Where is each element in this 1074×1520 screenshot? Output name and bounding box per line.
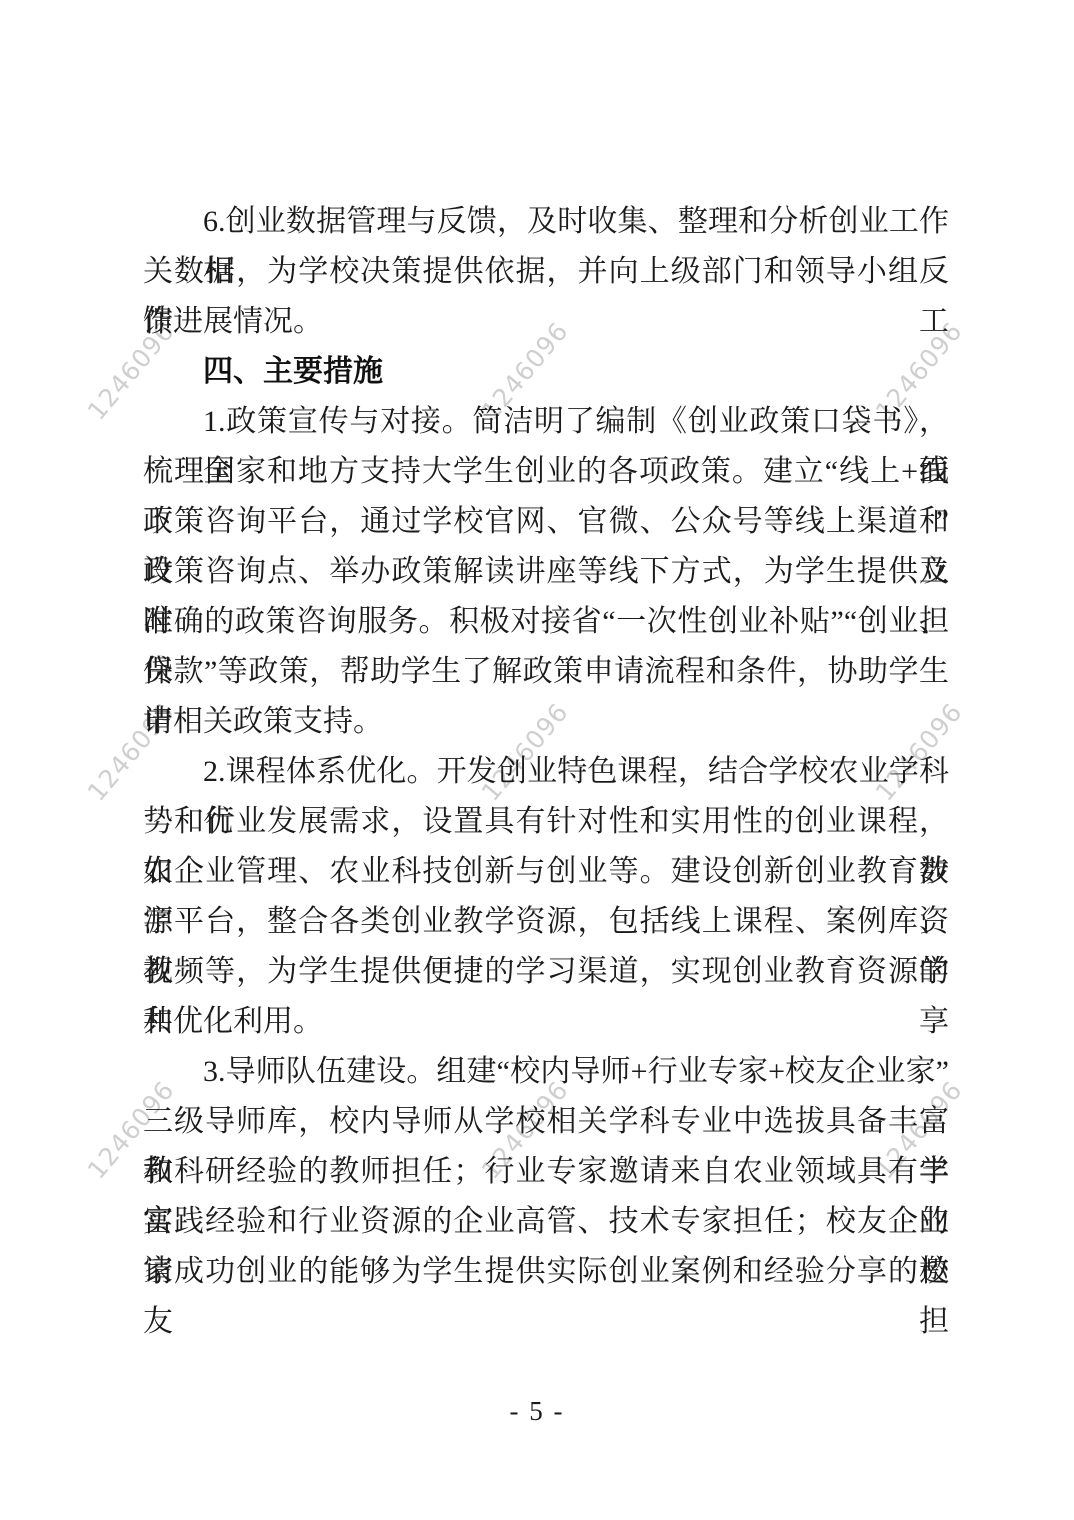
text-line: 势和行业发展需求，设置具有针对性和实用性的创业课程，如涉 (143, 797, 949, 847)
text-line: 农企业管理、农业科技创新与创业等。建设创新创业教育数字资 (143, 847, 949, 897)
text-line: 关数据，为学校决策提供依据，并向上级部门和领导小组反馈工 (143, 247, 949, 297)
text-line: 政策咨询点、举办政策解读讲座等线下方式，为学生提供及时、 (143, 547, 949, 597)
text-line: 6.创业数据管理与反馈，及时收集、整理和分析创业工作相 (143, 197, 949, 247)
text-line: 请相关政策支持。 (143, 697, 949, 747)
text-line: 源平台，整合各类创业教学资源，包括线上课程、案例库、教学 (143, 897, 949, 947)
text-line: 和科研经验的教师担任；行业专家邀请来自农业领域具有丰富的 (143, 1147, 949, 1197)
paragraph-item-6: 6.创业数据管理与反馈，及时收集、整理和分析创业工作相 关数据，为学校决策提供依… (143, 197, 949, 347)
text-line: 贷款”等政策，帮助学生了解政策申请流程和条件，协助学生申 (143, 647, 949, 697)
text-line: 实践经验和行业资源的企业高管、技术专家担任；校友企业家邀 (143, 1197, 949, 1247)
document-body: 6.创业数据管理与反馈，及时收集、整理和分析创业工作相 关数据，为学校决策提供依… (143, 197, 949, 1297)
section-heading: 四、主要措施 (143, 347, 949, 397)
document-page: 1246096 1246096 1246096 1246096 1246096 … (0, 0, 1074, 1520)
text-line: 1.政策宣传与对接。简洁明了编制《创业政策口袋书》，全面 (143, 397, 949, 447)
text-line: 政策咨询平台，通过学校官网、官微、公众号等线上渠道和设立 (143, 497, 949, 547)
paragraph-measure-3: 3.导师队伍建设。组建“校内导师+行业专家+校友企业家” 三级导师库，校内导师从… (143, 1047, 949, 1297)
text-line: 请成功创业的能够为学生提供实际创业案例和经验分享的校友担 (143, 1247, 949, 1297)
paragraph-measure-1: 1.政策宣传与对接。简洁明了编制《创业政策口袋书》，全面 梳理国家和地方支持大学… (143, 397, 949, 747)
text-line: 3.导师队伍建设。组建“校内导师+行业专家+校友企业家” (143, 1047, 949, 1097)
text-line: 准确的政策咨询服务。积极对接省“一次性创业补贴”“创业担保 (143, 597, 949, 647)
paragraph-measure-2: 2.课程体系优化。开发创业特色课程，结合学校农业学科优 势和行业发展需求，设置具… (143, 747, 949, 1047)
text-line: 2.课程体系优化。开发创业特色课程，结合学校农业学科优 (143, 747, 949, 797)
text-line: 梳理国家和地方支持大学生创业的各项政策。建立“线上+线下” (143, 447, 949, 497)
text-line: 视频等，为学生提供便捷的学习渠道，实现创业教育资源的共享 (143, 947, 949, 997)
text-line: 三级导师库，校内导师从学校相关学科专业中选拔具备丰富教学 (143, 1097, 949, 1147)
page-number: - 5 - (0, 1396, 1074, 1427)
